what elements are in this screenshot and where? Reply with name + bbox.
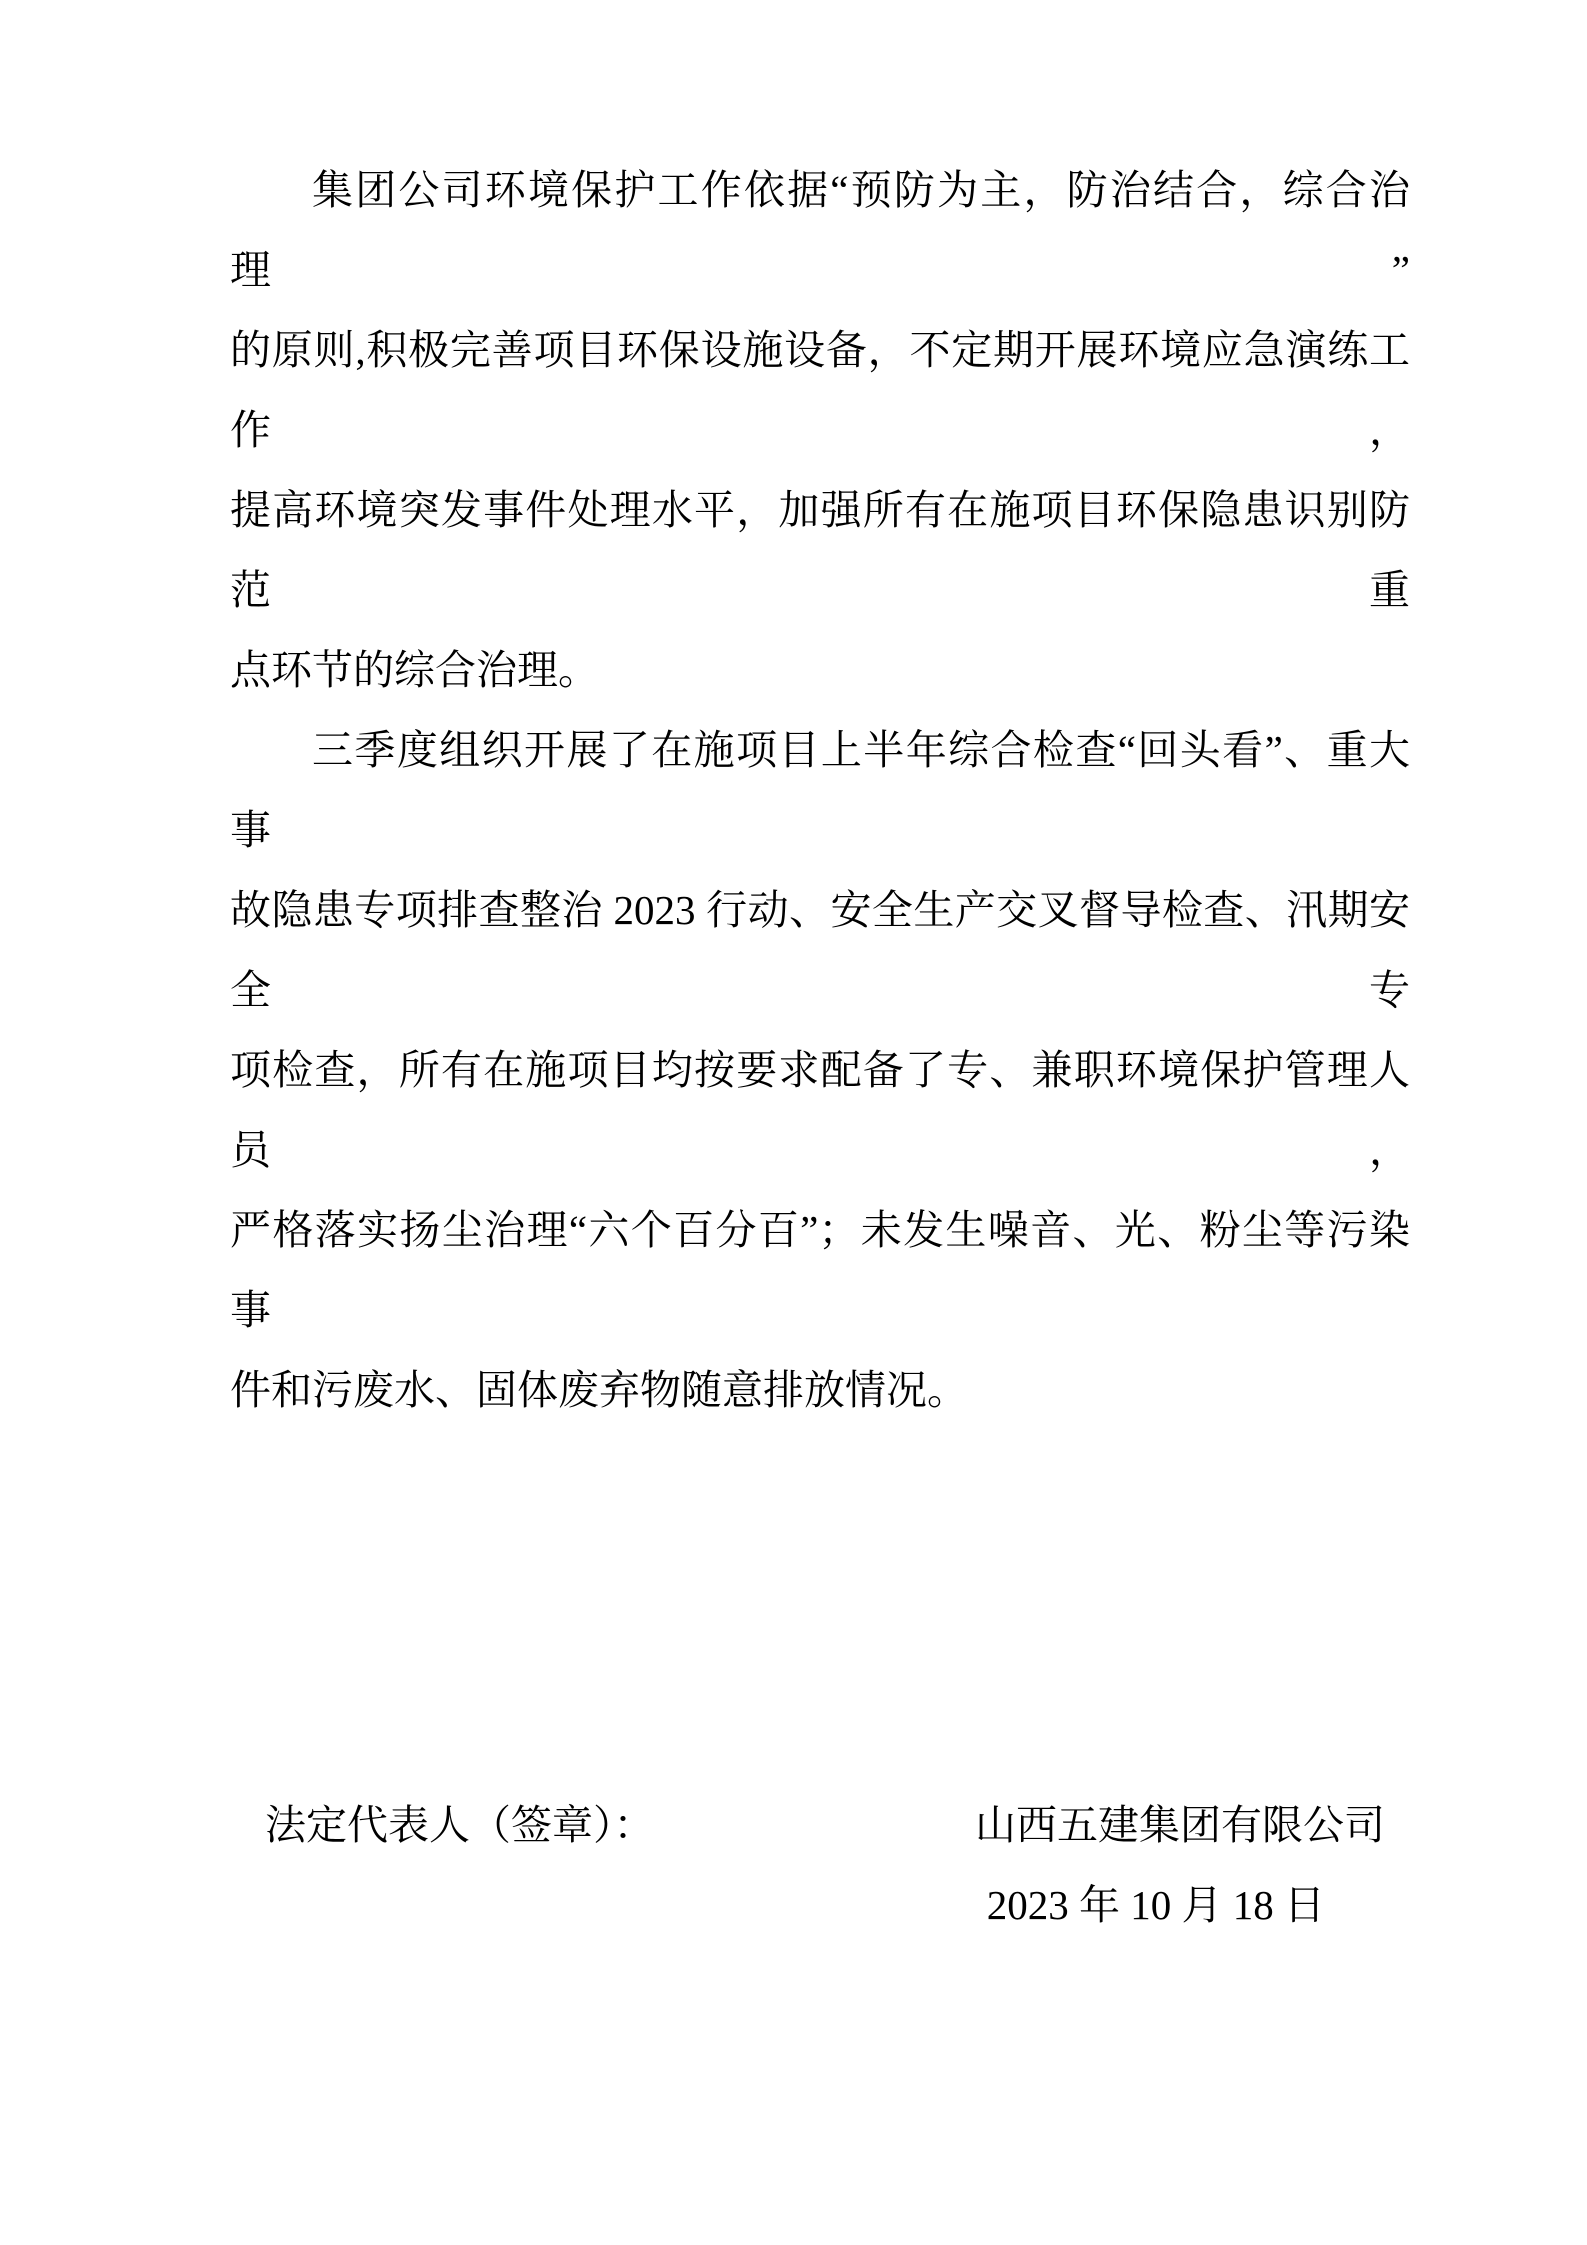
body-line: 三季度组织开展了在施项目上半年综合检查“回头看”、重大事: [230, 710, 1410, 870]
body-line: 严格落实扬尘治理“六个百分百”；未发生噪音、光、粉尘等污染事: [230, 1190, 1410, 1350]
body-line: 故隐患专项排查整治 2023 行动、安全生产交叉督导检查、汛期安全专: [230, 870, 1410, 1030]
issue-date: 2023 年 10 月 18 日: [230, 1865, 1410, 1945]
document-content: 集团公司环境保护工作依据“预防为主，防治结合，综合治理” 的原则,积极完善项目环…: [230, 150, 1410, 1945]
paragraph-environment-policy: 集团公司环境保护工作依据“预防为主，防治结合，综合治理” 的原则,积极完善项目环…: [230, 150, 1410, 710]
paragraph-q3-inspections: 三季度组织开展了在施项目上半年综合检查“回头看”、重大事 故隐患专项排查整治 2…: [230, 710, 1410, 1430]
body-line: 集团公司环境保护工作依据“预防为主，防治结合，综合治理”: [230, 150, 1410, 310]
signature-row: 法定代表人（签章）： 山西五建集团有限公司: [230, 1785, 1410, 1865]
body-line: 提高环境突发事件处理水平，加强所有在施项目环保隐患识别防范重: [230, 470, 1410, 630]
document-page: 集团公司环境保护工作依据“预防为主，防治结合，综合治理” 的原则,积极完善项目环…: [0, 0, 1587, 2245]
company-name: 山西五建集团有限公司: [975, 1785, 1385, 1865]
body-line: 项检查，所有在施项目均按要求配备了专、兼职环境保护管理人员，: [230, 1030, 1410, 1190]
body-line: 的原则,积极完善项目环保设施设备，不定期开展环境应急演练工作，: [230, 310, 1410, 470]
legal-representative-label: 法定代表人（签章）：: [265, 1785, 655, 1865]
signature-block: 法定代表人（签章）： 山西五建集团有限公司 2023 年 10 月 18 日: [230, 1785, 1410, 1945]
body-line: 点环节的综合治理。: [230, 630, 1410, 710]
body-line: 件和污废水、固体废弃物随意排放情况。: [230, 1350, 1410, 1430]
